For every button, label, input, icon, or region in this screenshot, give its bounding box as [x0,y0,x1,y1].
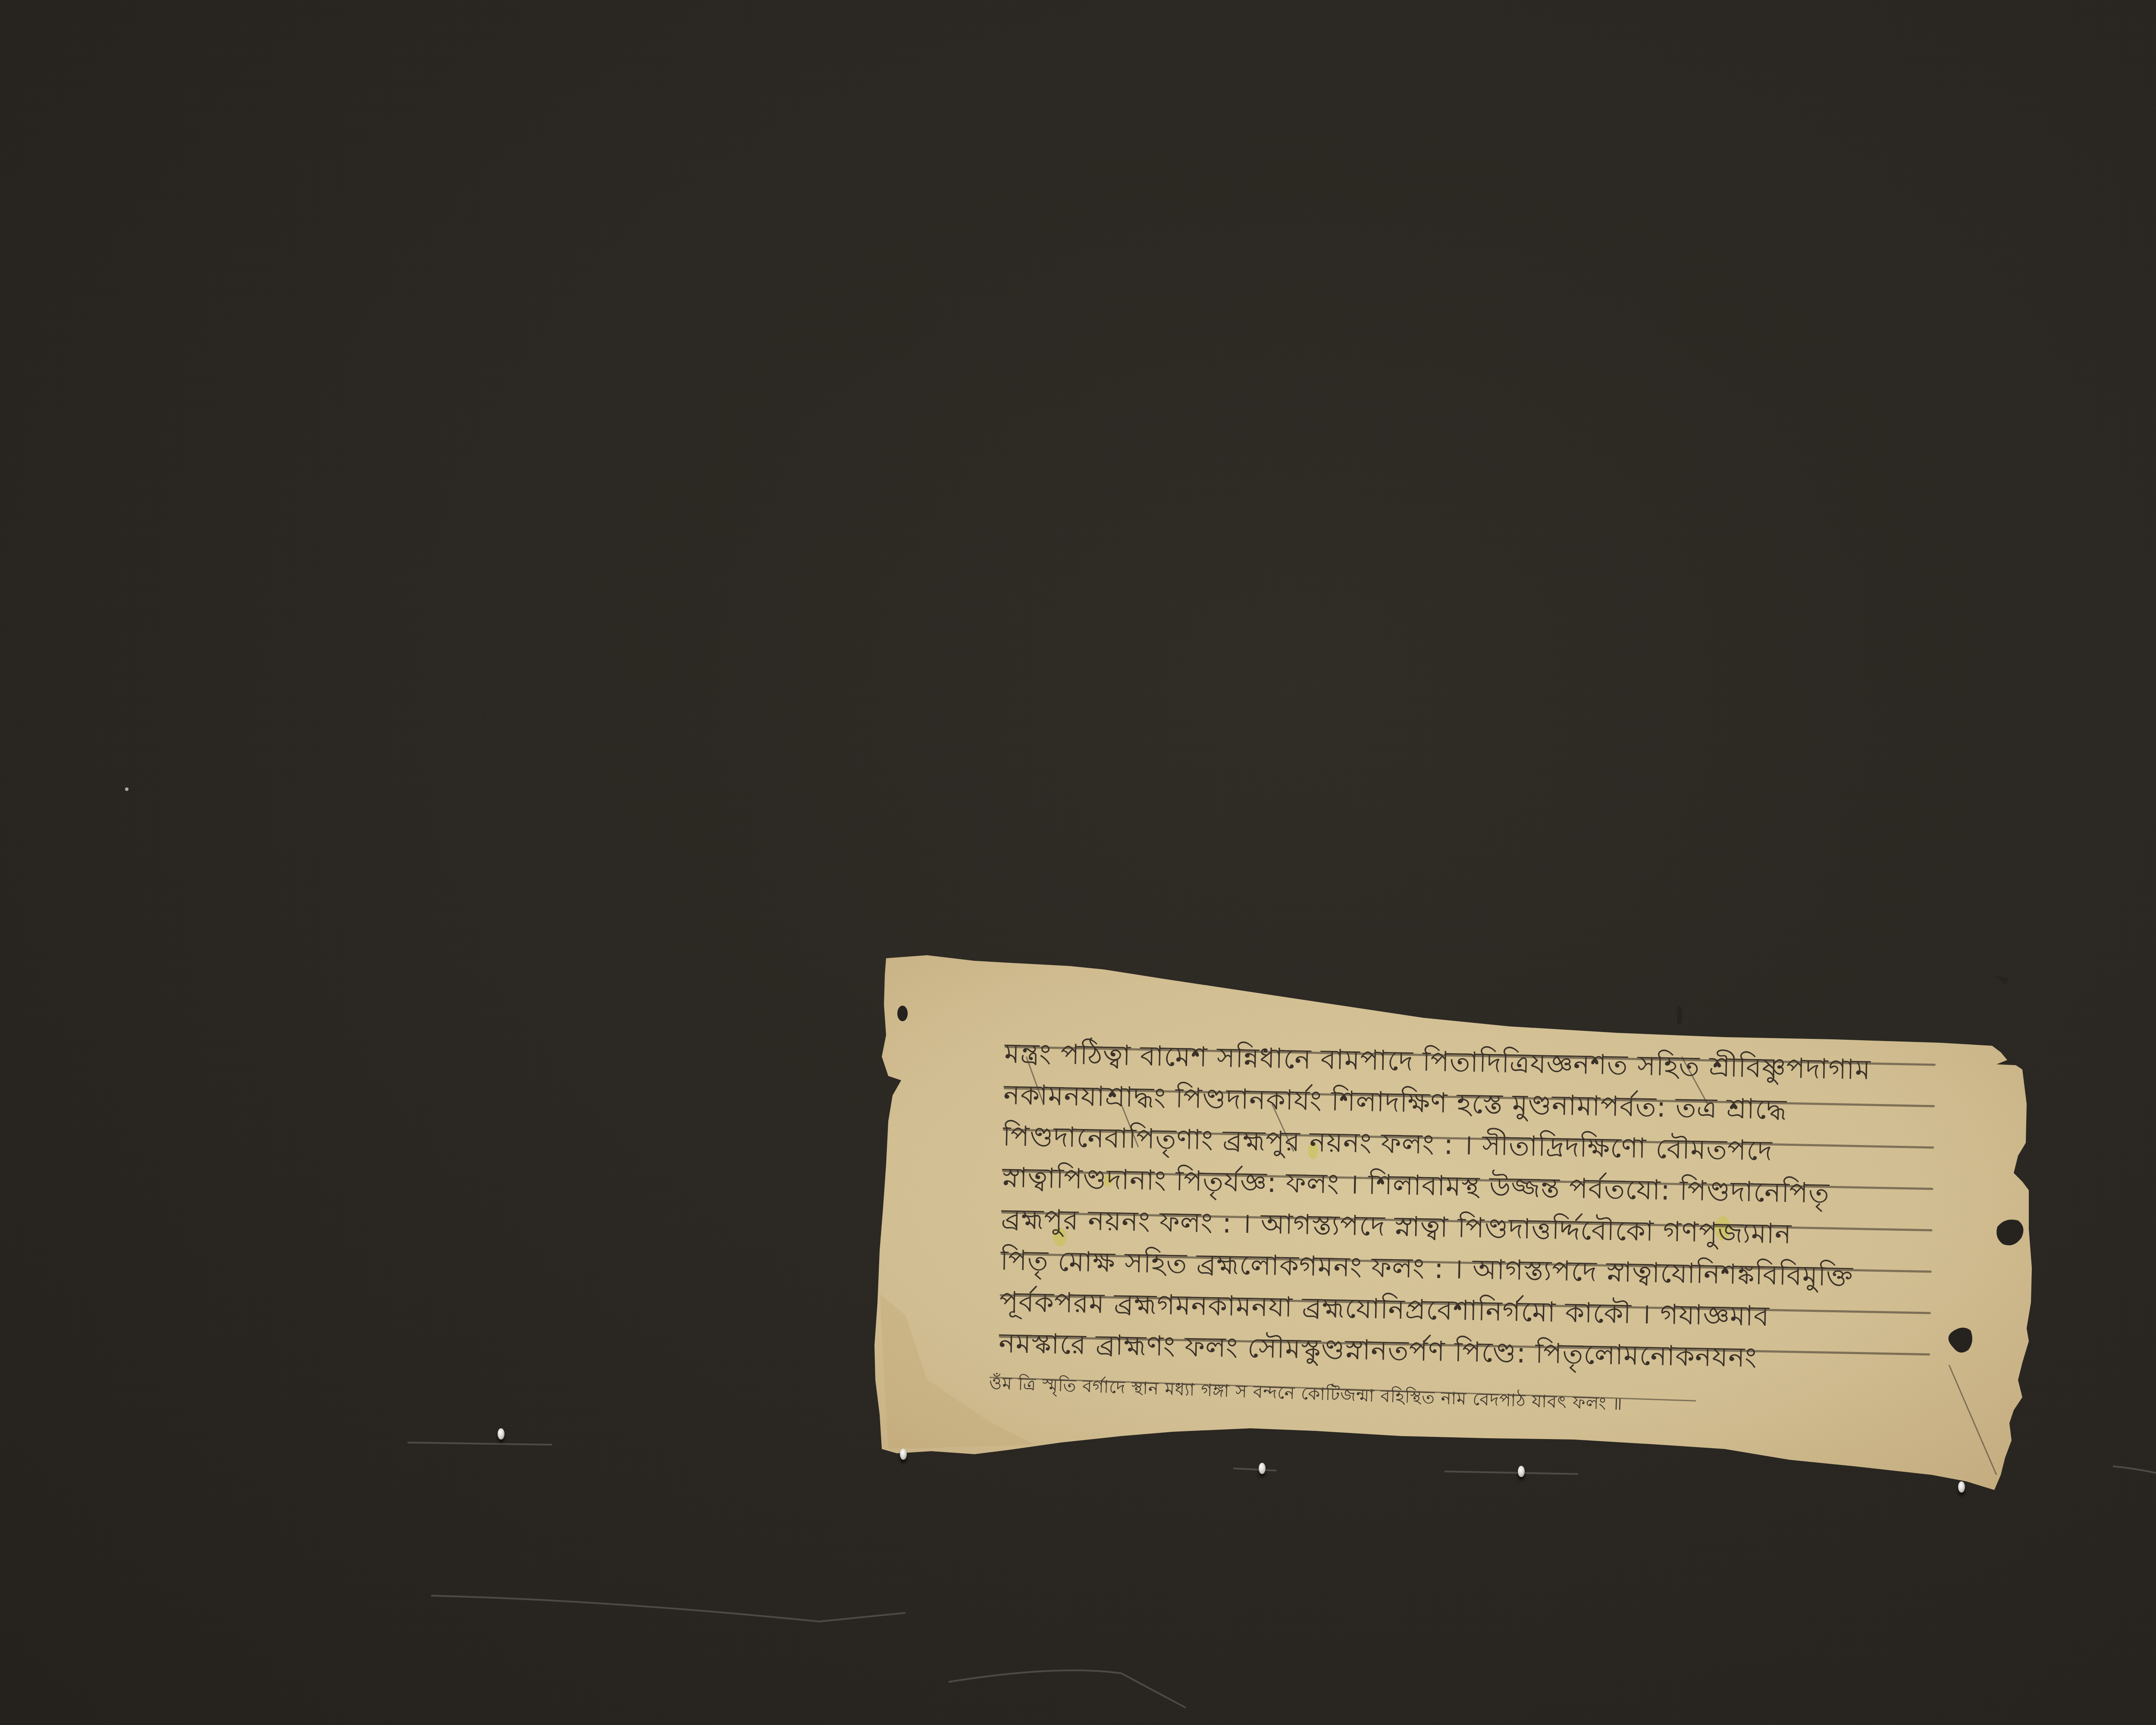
board-threads [407,1443,2156,1708]
manuscript-text: মন্ত্রং পঠিত্বা বামেশ সন্নিধানে বামপাদে … [998,1033,1953,1417]
mounting-pin-2 [900,1449,907,1460]
mounting-pin-5 [1958,1481,1965,1493]
mounting-pin-4 [1518,1466,1525,1477]
mounting-pin-1 [498,1428,505,1440]
mounting-pin-3 [1259,1463,1266,1474]
manuscript-graphics [0,0,2156,1725]
display-board: মন্ত্রং পঠিত্বা বামেশ সন্নিধানে বামপাদে … [0,0,2156,1725]
dust-speck [125,787,128,791]
